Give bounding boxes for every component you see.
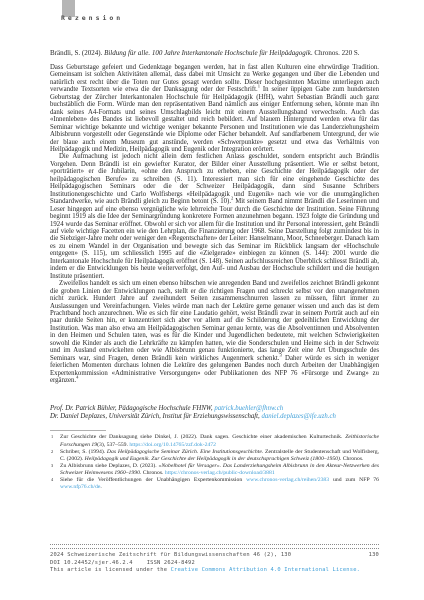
footnote-4-reihen-link[interactable]: www.chronos-verlag.ch/reihen/2383 bbox=[246, 477, 329, 483]
journal-footer: 2024 Schweizerische Zeitschrift für Bild… bbox=[50, 544, 379, 575]
footer-journal-line: 2024 Schweizerische Zeitschrift für Bild… bbox=[50, 552, 379, 560]
footnote-1-pages: (3), 537–559. bbox=[97, 442, 129, 448]
footnote-4-period: . bbox=[100, 484, 101, 490]
footnote-4-number: 4 bbox=[51, 476, 53, 483]
author-2-email-link[interactable]: daniel.deplazes@ife.uzh.ch bbox=[261, 413, 335, 420]
footer-license-line: This article is licensed under the Creat… bbox=[50, 567, 379, 575]
footnotes-block: 1Zur Geschichte der Danksagung siehe Din… bbox=[50, 434, 379, 491]
footnote-1: 1Zur Geschichte der Danksagung siehe Din… bbox=[50, 434, 379, 448]
citation-book-title: Bildung für alle. 100 Jahre Interkantona… bbox=[104, 49, 311, 57]
citation-author-date: Brändli, S. (2024). bbox=[50, 49, 104, 57]
paragraph-1: Dass Geburtstage gefeiert und Gedenktage… bbox=[50, 64, 379, 153]
journal-page: Rezension Brändli, S. (2024). Bildung fü… bbox=[0, 0, 424, 600]
author-line-2: Dr. Daniel Deplazes, Universität Zürich,… bbox=[50, 413, 379, 421]
article-content: Brändli, S. (2024). Bildung für alle. 10… bbox=[50, 49, 379, 491]
footnote-2-title-1: Das Heilpädagogische Seminar Zürich. Ein… bbox=[107, 449, 263, 455]
footer-dotted-rule bbox=[50, 544, 379, 549]
footnote-3-download-link[interactable]: https://chronos-verlag.ch/public-downloa… bbox=[165, 470, 275, 476]
license-link[interactable]: Creative Commons Attribution 4.0 Interna… bbox=[171, 567, 361, 573]
footnote-3: 3Zu Albisbrunn siehe Deplazes, D. (2023)… bbox=[50, 463, 379, 477]
author-2-affiliation: Dr. Daniel Deplazes, Universität Zürich,… bbox=[50, 413, 261, 420]
paragraph-1-continuation: In seiner üppigen Gabe zum hundertsten G… bbox=[50, 86, 379, 153]
paragraph-2: Die Aufmachung ist jedoch nicht allein d… bbox=[50, 153, 379, 280]
footnote-2-title-2: Heilpädagogik und Eugenik. Zur Geschicht… bbox=[85, 456, 340, 462]
footnote-2: 2Schriber, S. (1994). Das Heilpädagogisc… bbox=[50, 449, 379, 463]
issn-text: ISSN 2624-8492 bbox=[147, 560, 195, 566]
footer-doi-line: DOI 10.24452/sjer.46.2.4ISSN 2624-8492 bbox=[50, 560, 379, 568]
journal-volume-info: 2024 Schweizerische Zeitschrift für Bild… bbox=[50, 552, 291, 560]
footnote-3-text: Zu Albisbrunn siehe Deplazes, D. (2023). bbox=[60, 463, 159, 469]
paragraph-3: Zweifellos handelt es sich um einen eben… bbox=[50, 280, 379, 384]
section-header: Rezension bbox=[61, 14, 123, 22]
footnote-4-text-2: und zum NFP 76 bbox=[329, 477, 379, 483]
review-body: Dass Geburtstage gefeiert und Gedenktage… bbox=[50, 64, 379, 384]
citation-publisher: . Chronos. 220 S. bbox=[311, 49, 360, 57]
author-line-1: Prof. Dr. Patrick Bühler, Pädagogische H… bbox=[50, 405, 379, 413]
license-prefix-text: This article is licensed under the bbox=[50, 567, 171, 573]
footnote-3-publisher: Chronos. bbox=[141, 470, 165, 476]
footnote-2-text: Schriber, S. (1994). bbox=[60, 449, 107, 455]
paragraph-2-continuation: Mit seinem Band nimmt Brändli die Leseri… bbox=[50, 198, 379, 280]
book-citation: Brändli, S. (2024). Bildung für alle. 10… bbox=[50, 49, 379, 57]
author-block: Prof. Dr. Patrick Bühler, Pädagogische H… bbox=[50, 405, 379, 421]
footnote-separator-rule bbox=[50, 430, 106, 431]
paragraph-3-text: Zweifellos handelt es sich um einen eben… bbox=[50, 280, 379, 362]
footnote-4-text: Siehe für die Veröffentlichungen der Una… bbox=[60, 477, 246, 483]
doi-text: DOI 10.24452/sjer.46.2.4 bbox=[50, 560, 133, 566]
footnote-2-publisher: . Chronos. bbox=[340, 456, 364, 462]
footnote-1-doi-link[interactable]: https://doi.org/10.14765/zzf.dok-2472 bbox=[129, 442, 216, 448]
page-number: 130 bbox=[369, 552, 379, 560]
footnote-ref-4: 4 bbox=[76, 375, 78, 380]
footnote-4: 4Siehe für die Veröffentlichungen der Un… bbox=[50, 477, 379, 491]
footnote-1-number: 1 bbox=[51, 433, 53, 440]
author-1-email-link[interactable]: patrick.buehler@fhnw.ch bbox=[214, 405, 283, 412]
footnote-2-number: 2 bbox=[51, 448, 53, 455]
footnote-4-nfp-link[interactable]: www.nfp76.ch/de bbox=[60, 484, 100, 490]
author-1-affiliation: Prof. Dr. Patrick Bühler, Pädagogische H… bbox=[50, 405, 214, 412]
footnote-3-number: 3 bbox=[51, 462, 53, 469]
footnote-1-text: Zur Geschichte der Danksagung siehe Dink… bbox=[60, 434, 345, 440]
